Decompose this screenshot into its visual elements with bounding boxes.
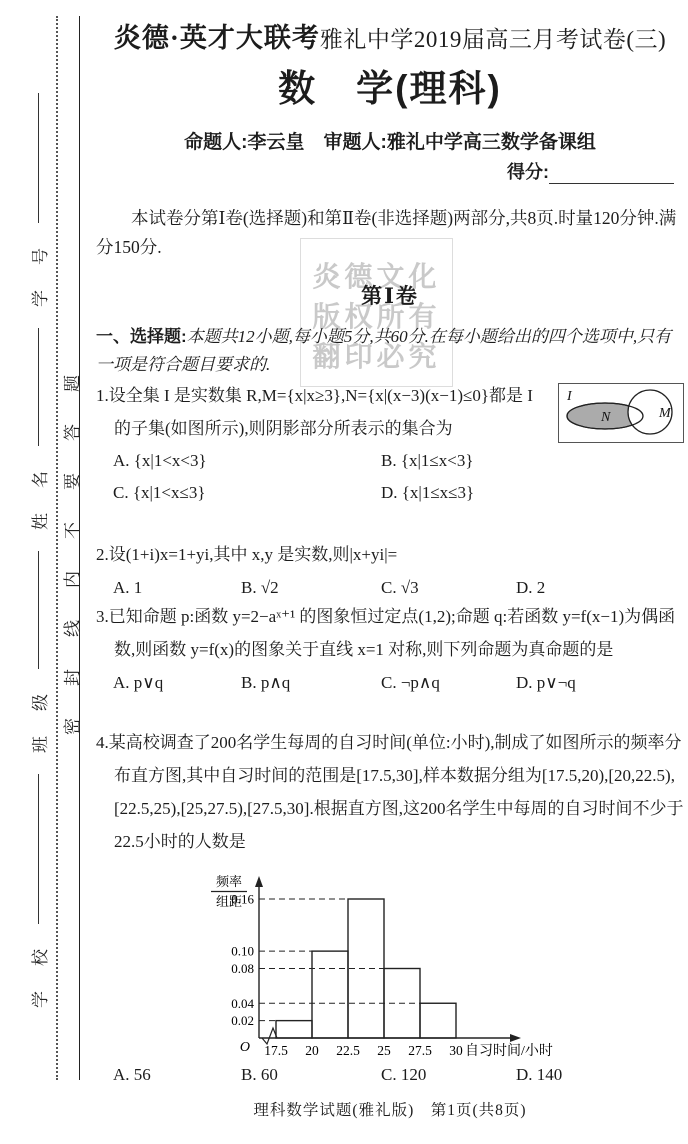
question-1: I N M 1.设全集 I 是实数集 R,M={x|x≥3},N={x|(x−3… (96, 379, 684, 509)
question-1-options: A. {x|1<x<3} B. {x|1≤x<3} C. {x|1<x≤3} D… (96, 445, 548, 509)
q1-option-a: A. {x|1<x<3} (113, 445, 381, 477)
instructions-label: 一、选择题: (96, 327, 187, 346)
histogram-figure: 0.020.040.080.100.1617.52022.52527.530自习… (181, 868, 621, 1078)
venn-set-m-label: M (658, 406, 672, 421)
question-3-number: 3. (96, 607, 109, 626)
q4-option-a: A. 56 (113, 1058, 241, 1091)
svg-text:27.5: 27.5 (408, 1043, 432, 1058)
authors-line: 命题人:李云皇 审题人:雅礼中学高三数学备课组 (96, 127, 684, 154)
question-1-number: 1. (96, 386, 109, 405)
q4-option-d: D. 140 (516, 1058, 684, 1091)
question-3: 3.已知命题 p:函数 y=2−aˣ⁺¹ 的图象恒过定点(1,2);命题 q:若… (96, 600, 684, 699)
page-footer: 理科数学试题(雅礼版) 第1页(共8页) (96, 1098, 684, 1120)
name-blank-line (38, 328, 39, 446)
q3-option-a: A. p∨q (113, 666, 241, 699)
svg-text:组距: 组距 (216, 894, 242, 909)
choice-section-instructions: 一、选择题:本题共12小题,每小题5分,共60分.在每小题给出的四个选项中,只有… (96, 323, 684, 379)
class-field-label: 班 级 (26, 690, 51, 753)
studentid-field-label: 学 号 (26, 244, 51, 307)
q1-option-c: C. {x|1<x≤3} (113, 477, 381, 509)
seal-dotted-line (56, 16, 58, 1080)
q4-option-b: B. 60 (241, 1058, 381, 1091)
question-3-options: A. p∨q B. p∧q C. ¬p∧q D. p∨¬q (96, 666, 684, 699)
svg-text:自习时间/小时: 自习时间/小时 (465, 1043, 553, 1059)
svg-text:25: 25 (377, 1043, 391, 1058)
subject-title: 数 学(理科) (96, 58, 684, 112)
question-2-number: 2. (96, 545, 109, 564)
question-4-text: 4.某高校调查了200名学生每周的自习时间(单位:小时),制成了如图所示的频率分… (96, 726, 684, 858)
svg-text:0.02: 0.02 (231, 1013, 254, 1028)
svg-text:17.5: 17.5 (264, 1043, 288, 1058)
question-4: 4.某高校调查了200名学生每周的自习时间(单位:小时),制成了如图所示的频率分… (96, 726, 684, 858)
score-blank-line (549, 162, 674, 184)
seal-margin-text: 密封线内不要答题 (58, 325, 80, 735)
venn-universe-label: I (566, 389, 573, 404)
seal-border-line (79, 16, 80, 1080)
school-field-label: 学 校 (26, 945, 51, 1008)
svg-text:0.08: 0.08 (231, 961, 254, 976)
question-2: 2.设(1+i)x=1+yi,其中 x,y 是实数,则|x+yi|= A. 1 … (96, 538, 684, 604)
brand-title: 炎德·英才大联考 (114, 16, 320, 55)
school-blank-line (38, 774, 39, 924)
section-1-title: 第Ⅰ卷 (96, 280, 684, 310)
histogram-svg: 0.020.040.080.100.1617.52022.52527.530自习… (181, 868, 621, 1078)
score-label: 得分: (507, 158, 549, 184)
question-4-options: A. 56 B. 60 C. 120 D. 140 (96, 1058, 684, 1091)
q1-option-b: B. {x|1≤x<3} (381, 445, 548, 477)
exam-header-line: 炎德·英才大联考 雅礼中学2019届高三月考试卷(三) (96, 16, 684, 55)
q4-option-c: C. 120 (381, 1058, 516, 1091)
svg-text:0.10: 0.10 (231, 944, 254, 959)
svg-text:0.04: 0.04 (231, 996, 254, 1011)
q3-option-d: D. p∨¬q (516, 666, 684, 699)
question-4-number: 4. (96, 733, 109, 752)
exam-intro-paragraph: 本试卷分第Ⅰ卷(选择题)和第Ⅱ卷(非选择题)两部分,共8页.时量120分钟.满分… (96, 204, 684, 262)
svg-text:22.5: 22.5 (336, 1043, 360, 1058)
question-3-text: 3.已知命题 p:函数 y=2−aˣ⁺¹ 的图象恒过定点(1,2);命题 q:若… (96, 600, 684, 666)
student-info-fields: 学 校 班 级 姓 名 学 号 (27, 93, 49, 1008)
svg-text:20: 20 (305, 1043, 319, 1058)
q3-option-b: B. p∧q (241, 666, 381, 699)
svg-text:O: O (240, 1040, 250, 1055)
venn-set-n-label: N (600, 410, 611, 425)
name-field-label: 姓 名 (26, 467, 51, 530)
svg-text:频率: 频率 (216, 874, 242, 889)
q1-option-d: D. {x|1≤x≤3} (381, 477, 548, 509)
svg-text:30: 30 (449, 1043, 463, 1058)
exam-title: 雅礼中学2019届高三月考试卷(三) (320, 21, 666, 54)
main-content: 炎德文化 版权所有 翻印必究 炎德·英才大联考 雅礼中学2019届高三月考试卷(… (96, 0, 684, 1144)
class-blank-line (38, 551, 39, 669)
studentid-blank-line (38, 93, 39, 223)
q3-option-c: C. ¬p∧q (381, 666, 516, 699)
exam-paper-page: 学 校 班 级 姓 名 学 号 密封线内不要答题 炎德文化 版权所有 翻印必究 … (0, 0, 688, 1144)
question-2-text: 2.设(1+i)x=1+yi,其中 x,y 是实数,则|x+yi|= (96, 538, 684, 571)
venn-diagram-figure: I N M (558, 383, 684, 443)
score-row: 得分: (96, 158, 684, 184)
